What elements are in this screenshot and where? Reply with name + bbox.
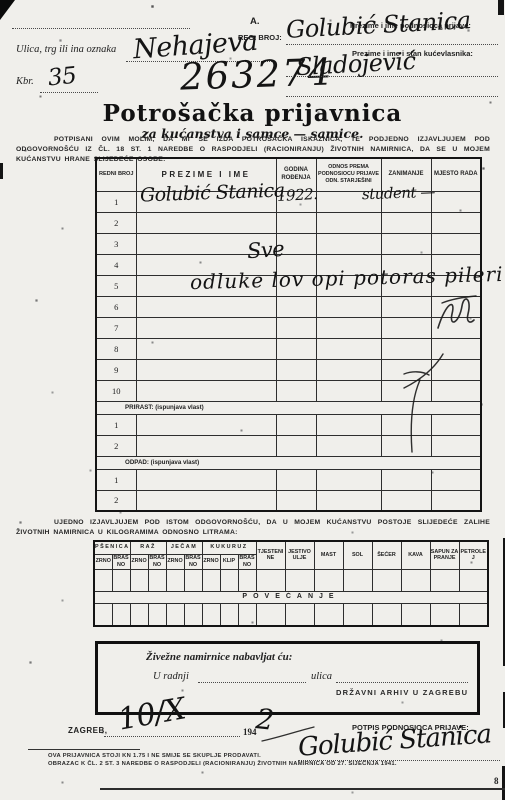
cell-name (136, 338, 276, 359)
cell-year (276, 212, 316, 233)
reg-number-label: REG. BROJ: (238, 34, 282, 43)
stocks-declaration-paragraph: UJEDNO IZJAVLJUJEM POD ISTOM ODGOVORNOŠĆ… (16, 518, 490, 538)
stock-cell (202, 569, 220, 591)
col-petrolej: PETROLEJ (459, 541, 488, 569)
cell-relation (316, 414, 381, 435)
cell-year (276, 359, 316, 380)
cell-year (276, 469, 316, 490)
street-label: Ulica, trg ili ina oznaka (16, 44, 116, 55)
cell-name (136, 212, 276, 233)
stock-cell (130, 569, 148, 591)
subcol-zrno: ZRNO (130, 554, 148, 569)
scanned-form-page: Ulica, trg ili ina oznaka Nehajeva Kbr. … (0, 0, 505, 800)
stock-cell (430, 569, 459, 591)
row-number: 9 (96, 359, 136, 380)
stock-cell (401, 603, 430, 626)
stock-cell (238, 603, 256, 626)
stock-cell (430, 603, 459, 626)
col-kava: KAVA (401, 541, 430, 569)
extra-fill-line (286, 96, 498, 97)
year-digit-handwritten: 2 (255, 705, 275, 735)
cell-workplace (431, 380, 481, 401)
page-mark: 8 (494, 776, 499, 786)
scan-corner-mark-top-left (0, 0, 15, 20)
cell-workplace (431, 317, 481, 338)
street-fill-line-box (336, 682, 468, 683)
cell-occupation (381, 212, 431, 233)
household-members-table: REDNI BROJ PREZIME I IME GODINA ROĐENJA … (95, 157, 482, 512)
col-sapun: SAPUN ZA PRANJE (430, 541, 459, 569)
subcol-zrno: ZRNO (202, 554, 220, 569)
cell-workplace (431, 233, 481, 254)
scan-mark-top-right (498, 0, 504, 15)
house-number-fill-line (40, 92, 98, 93)
cell-workplace (431, 338, 481, 359)
cell-name (136, 296, 276, 317)
col-sol: SOL (343, 541, 372, 569)
cell-year (276, 338, 316, 359)
stock-cell (112, 603, 130, 626)
row-number: 4 (96, 254, 136, 275)
member1-occupation-handwritten: student — (362, 185, 435, 203)
cell-name (136, 317, 276, 338)
cell-year (276, 490, 316, 511)
stock-cell (166, 603, 184, 626)
cell-name (136, 359, 276, 380)
cell-occupation (381, 490, 431, 511)
row-number: 3 (96, 233, 136, 254)
cell-occupation (381, 317, 431, 338)
stock-cell (256, 603, 285, 626)
row-number: 2 (96, 212, 136, 233)
subcol-zrno: ZRNO (166, 554, 184, 569)
row-number: 2 (96, 490, 136, 511)
cell-workplace (431, 212, 481, 233)
cell-occupation (381, 435, 431, 456)
stock-cell (184, 603, 202, 626)
cell-occupation (381, 469, 431, 490)
cell-relation (316, 233, 381, 254)
col-header-mjesto-rada: MJESTO RADA (431, 158, 481, 191)
povecanje-band: POVEĆANJE (94, 591, 488, 603)
subcol-brasno: BRAŠNO (238, 554, 256, 569)
stock-cell (285, 603, 314, 626)
col-secer: ŠEĆER (372, 541, 401, 569)
stock-cell (459, 603, 488, 626)
cell-relation (316, 469, 381, 490)
cell-occupation (381, 380, 431, 401)
cell-year (276, 317, 316, 338)
cell-relation (316, 338, 381, 359)
row-number: 8 (96, 338, 136, 359)
archive-stamp: DRŽAVNI ARHIV U ZAGREBU (336, 688, 468, 697)
stock-cell (130, 603, 148, 626)
stock-cell (166, 569, 184, 591)
date-handwritten: 10/X (116, 694, 188, 735)
subcol-brasno: BRAŠNO (184, 554, 202, 569)
cell-name (136, 469, 276, 490)
annotation-line1-handwritten: Sve (246, 239, 285, 263)
cell-workplace (431, 296, 481, 317)
stock-cell (148, 569, 166, 591)
cell-name (136, 490, 276, 511)
cell-relation (316, 296, 381, 317)
stock-cell (184, 569, 202, 591)
stock-cell (94, 603, 112, 626)
stock-cell (202, 603, 220, 626)
cell-year (276, 435, 316, 456)
cell-occupation (381, 414, 431, 435)
shop-label: U radnji (153, 671, 189, 682)
stock-cell (459, 569, 488, 591)
stock-cell (401, 569, 430, 591)
stock-cell (220, 603, 238, 626)
group-psenica: PŠENICA (94, 541, 130, 554)
house-number-label: Kbr. (16, 76, 34, 87)
cell-name (136, 380, 276, 401)
applicant-handwritten-name: Golubić Stanica (285, 8, 471, 42)
section-letter: A. (250, 17, 260, 28)
cell-year (276, 414, 316, 435)
odpad-section-label: ODPAD: (ispunjava vlast) (96, 456, 481, 469)
stock-cell (94, 569, 112, 591)
col-header-redni-broj: REDNI BROJ (96, 158, 136, 191)
signature-handwritten: Golubić Stanica (297, 721, 491, 760)
city-label: ZAGREB, (68, 726, 108, 735)
cell-workplace (431, 435, 481, 456)
cell-relation (316, 317, 381, 338)
row-number: 7 (96, 317, 136, 338)
cell-year (276, 296, 316, 317)
price-note: OVA PRIJAVNICA STOJI KN 1.75 I NE SMIJE … (48, 753, 261, 759)
cell-relation (316, 490, 381, 511)
cell-relation (316, 435, 381, 456)
group-kukuruz: KUKURUZ (202, 541, 256, 554)
row-number: 5 (96, 275, 136, 296)
row-number: 6 (96, 296, 136, 317)
landlord-handwritten-name: Sladojević (295, 49, 416, 79)
food-stocks-table: PŠENICA RAŽ JEČAM KUKURUZ TJESTENINE JES… (93, 540, 489, 627)
stock-cell (238, 569, 256, 591)
col-jestivo-ulje: JESTIVO ULJE (285, 541, 314, 569)
cell-occupation (381, 233, 431, 254)
cell-occupation (381, 296, 431, 317)
col-tjestenine: TJESTENINE (256, 541, 285, 569)
row-number: 2 (96, 435, 136, 456)
cell-name (136, 414, 276, 435)
stock-cell (343, 569, 372, 591)
stock-cell (343, 603, 372, 626)
cell-name (136, 435, 276, 456)
form-title: Potrošačka prijavnica (40, 100, 465, 127)
group-raz: RAŽ (130, 541, 166, 554)
cell-year (276, 380, 316, 401)
regulation-note: OBRAZAC K ČL. 2 ST. 3 NAREDBE O RASPODJE… (48, 761, 397, 767)
stock-cell (112, 569, 130, 591)
stock-cell (372, 569, 401, 591)
group-jecam: JEČAM (166, 541, 202, 554)
col-mast: MAST (314, 541, 343, 569)
cell-workplace (431, 490, 481, 511)
cell-relation (316, 359, 381, 380)
stock-cell (148, 603, 166, 626)
shop-fill-line (198, 682, 306, 683)
cell-relation (316, 212, 381, 233)
street-label-box: ulica (311, 671, 332, 682)
stock-cell (285, 569, 314, 591)
row-number: 1 (96, 414, 136, 435)
header-dotted-line (12, 28, 190, 29)
subcol-klip: KLIP (220, 554, 238, 569)
footnote-separator (28, 749, 140, 750)
subcol-brasno: BRAŠNO (148, 554, 166, 569)
cell-workplace (431, 469, 481, 490)
subcol-brasno: BRAŠNO (112, 554, 130, 569)
member1-name-handwritten: Golubić Stanica (140, 181, 285, 205)
cell-workplace (431, 191, 481, 212)
member1-year-handwritten: 1922. (277, 187, 318, 204)
cell-workplace (431, 359, 481, 380)
house-number-handwritten-value: 35 (47, 65, 78, 91)
cell-relation (316, 380, 381, 401)
stock-cell (314, 603, 343, 626)
stock-cell (256, 569, 285, 591)
scan-bottom-line (100, 788, 505, 790)
stock-cell (220, 569, 238, 591)
applicant-fill-line (286, 44, 498, 45)
supply-heading: Živežne namirnice nabavljat ću: (146, 651, 292, 663)
row-number: 10 (96, 380, 136, 401)
prirast-section-label: PRIRAST: (ispunjava vlast) (96, 401, 481, 414)
stock-cell (372, 603, 401, 626)
stock-cell (314, 569, 343, 591)
row-number: 1 (96, 469, 136, 490)
subcol-zrno: ZRNO (94, 554, 112, 569)
cell-occupation (381, 359, 431, 380)
scan-mark-left-edge (0, 163, 3, 179)
row-number: 1 (96, 191, 136, 212)
cell-workplace (431, 414, 481, 435)
cell-occupation (381, 338, 431, 359)
